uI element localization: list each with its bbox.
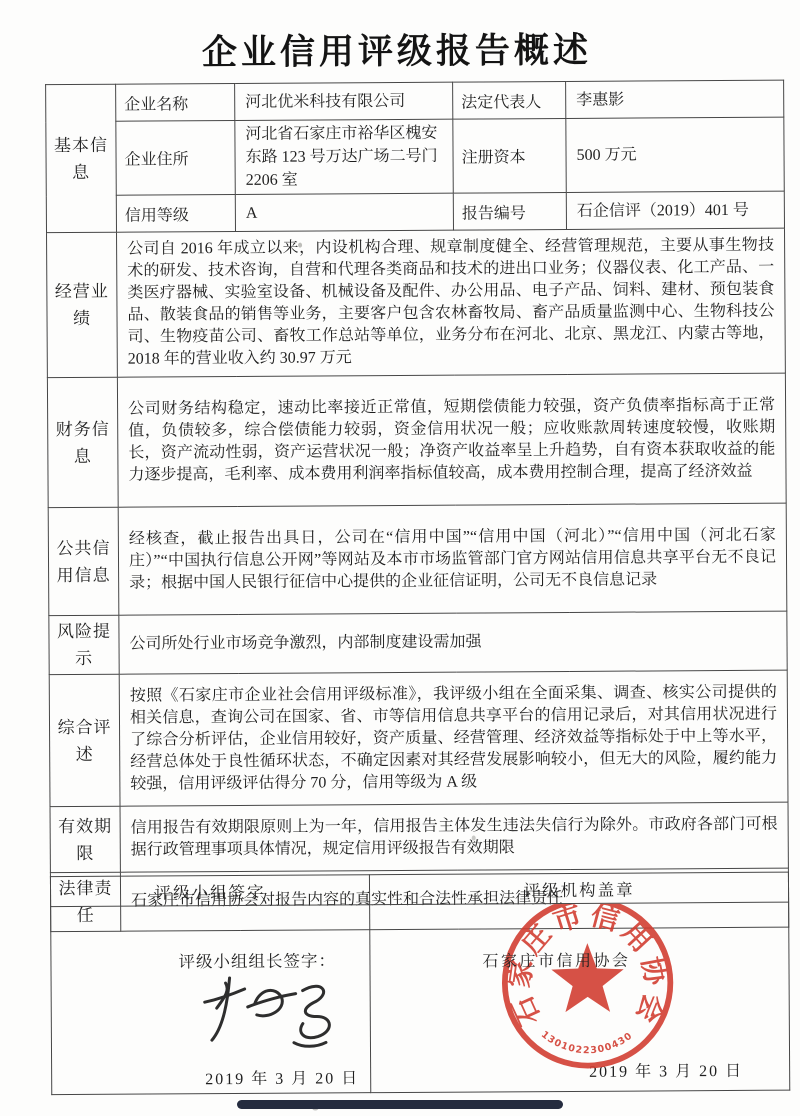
field-label-company-address: 企业住所	[116, 121, 235, 196]
seal-number-text: 1301022300430	[539, 1029, 635, 1057]
section-label-basic-info: 基本信息	[46, 84, 117, 232]
basic-info-row-1: 基本信息 企业名称 河北优米科技有限公司 法定代表人 李惠影	[46, 80, 784, 122]
value-registered-capital: 500 万元	[566, 117, 784, 192]
scan-speck	[298, 243, 302, 248]
signoff-header-row: 评级小组签字 评级机构盖章	[50, 872, 788, 907]
section-row-overall: 综合评述 按照《石家庄市企业社会信用评级标准》，我评级小组在全面采集、调查、核实…	[49, 670, 788, 807]
value-company-address: 河北省石家庄市裕华区槐安东路 123 号万达广场二号门 2206 室	[235, 119, 453, 194]
team-signature-date: 2019 年 3 月 20 日	[205, 1065, 359, 1089]
section-content-public-credit-info: 经核查，截止报告出具日，公司在“信用中国”“信用中国（河北）”“信用中国（河北石…	[118, 503, 787, 615]
signoff-table: 评级小组签字 评级机构盖章 评级小组组长签字： 2019 年	[50, 872, 790, 1096]
section-label-risk-warning: 风险提示	[49, 615, 119, 674]
section-content-overall-review: 按照《石家庄市企业社会信用评级标准》，我评级小组在全面采集、调查、核实公司提供的…	[119, 670, 788, 806]
section-row-business: 经营业绩 公司自 2016 年成立以来，内设机构合理、规章制度健全、经营管理规范…	[47, 228, 786, 378]
value-report-number: 石企信评（2019）401 号	[566, 191, 784, 229]
value-legal-representative: 李惠影	[566, 80, 784, 118]
section-label-financial-info: 财务信息	[47, 377, 118, 507]
header-rating-agency-seal: 评级机构盖章	[369, 872, 788, 905]
basic-info-row-3: 信用等级 A 报告编号 石企信评（2019）401 号	[46, 191, 784, 233]
section-content-financial-info: 公司财务结构稳定，速动比率接近正常值，短期偿债能力较强，资产负债率指标高于正常值…	[117, 373, 786, 507]
field-label-company-name: 企业名称	[116, 84, 235, 122]
red-seal-stamp: 石家庄市信用协会 1301022300430	[496, 902, 679, 1074]
svg-text:1301022300430: 1301022300430	[539, 1029, 635, 1057]
section-label-business-performance: 经营业绩	[47, 232, 118, 377]
section-row-validity: 有效期限 信用报告有效期限原则上为一年，信用报告主体发生违法失信行为除外。市政府…	[50, 802, 788, 873]
field-label-credit-rating: 信用等级	[116, 194, 235, 232]
report-sheet: 企业信用评级报告概述 基本信息 企业名称 河北优米科技有限公司 法定代表人 李惠…	[0, 0, 800, 1116]
field-label-report-number: 报告编号	[453, 192, 566, 230]
section-row-risk: 风险提示 公司所处行业市场竞争激烈，内部制度建设需加强	[49, 611, 787, 675]
leader-signature-label: 评级小组组长签字：	[178, 947, 336, 972]
section-content-risk-warning: 公司所处行业市场竞争激烈，内部制度建设需加强	[119, 611, 787, 674]
field-label-legal-representative: 法定代表人	[453, 81, 566, 119]
section-label-overall-review: 综合评述	[49, 674, 120, 806]
home-indicator-bar	[237, 1100, 563, 1109]
page-title: 企业信用评级报告概述	[0, 22, 797, 77]
basic-info-row-2: 企业住所 河北省石家庄市裕华区槐安东路 123 号万达广场二号门 2206 室 …	[46, 117, 784, 196]
report-table: 基本信息 企业名称 河北优米科技有限公司 法定代表人 李惠影 企业住所 河北省石…	[45, 80, 789, 932]
header-rating-team-signature: 评级小组签字	[50, 875, 369, 907]
section-label-public-credit-info: 公共信用信息	[48, 507, 119, 615]
section-row-financial: 财务信息 公司财务结构稳定，速动比率接近正常值，短期偿债能力较强，资产负债率指标…	[47, 373, 786, 508]
section-label-validity-period: 有效期限	[50, 806, 120, 872]
value-credit-rating: A	[235, 193, 453, 231]
section-content-validity-period: 信用报告有效期限原则上为一年，信用报告主体发生违法失信行为除外。市政府各部门可根…	[120, 802, 788, 872]
section-row-public-credit: 公共信用信息 经核查，截止报告出具日，公司在“信用中国”“信用中国（河北）”“信…	[48, 503, 787, 616]
value-company-name: 河北优米科技有限公司	[235, 82, 453, 120]
agency-name-text: 石家庄市信用协会	[482, 948, 630, 972]
seal-cell: 石家庄市信用协会 石家庄市信用协会 1301022300430 2019	[370, 902, 790, 1093]
field-label-registered-capital: 注册资本	[453, 118, 566, 193]
handwritten-signature	[199, 971, 335, 1060]
signature-cell: 评级小组组长签字： 2019 年 3 月 20 日	[51, 905, 371, 1095]
section-content-business-performance: 公司自 2016 年成立以来，内设机构合理、规章制度健全、经营管理规范，主要从事…	[117, 228, 786, 377]
signoff-body-row: 评级小组组长签字： 2019 年 3 月 20 日 石家庄市信用协会	[51, 902, 790, 1095]
scan-speck	[472, 836, 476, 841]
